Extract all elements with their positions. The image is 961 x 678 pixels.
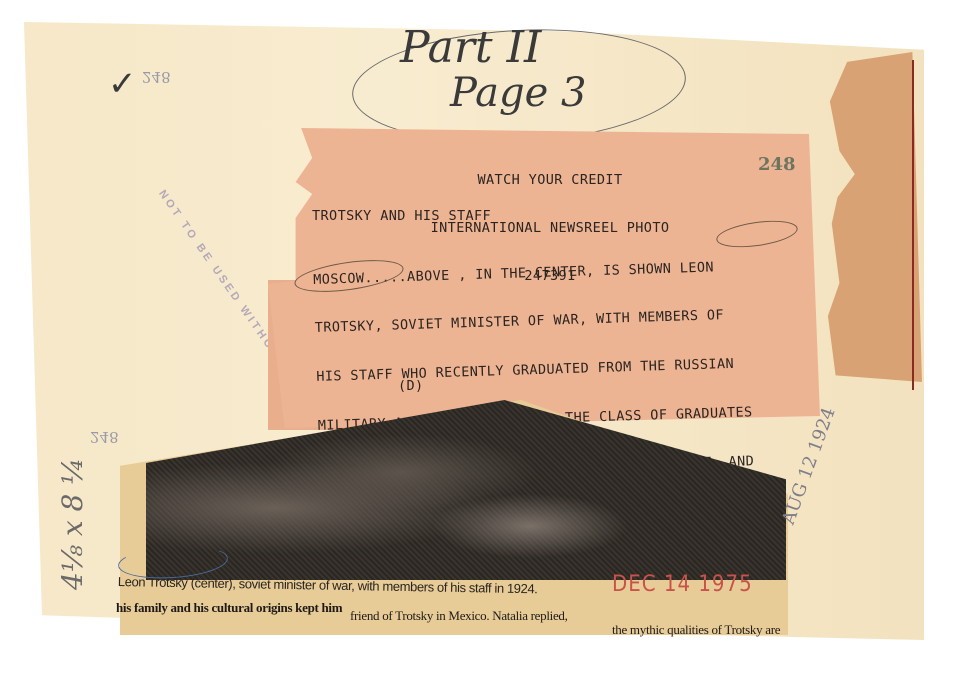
slip-body-line: TROTSKY, SOVIET MINISTER OF WAR, WITH ME… (315, 307, 750, 337)
slip-headline: TROTSKY AND HIS STAFF (312, 208, 491, 224)
torn-paper-tab (826, 52, 922, 382)
slip-code: (D) (398, 378, 424, 394)
edge-line (912, 60, 914, 390)
mirrored-stamp-248-top: 248 (142, 68, 171, 86)
handwritten-part: Part II (400, 22, 541, 73)
credit-line-1: WATCH YOUR CREDIT (400, 172, 700, 188)
checkmark-mark: ✓ (108, 64, 137, 104)
handwritten-dimensions: 4⅛ x 8 ¼ (56, 458, 89, 590)
news-column-2: friend of Trotsky in Mexico. Natalia rep… (350, 608, 568, 624)
handwritten-page: Page 3 (450, 70, 586, 116)
news-column-3: the mythic qualities of Trotsky are (612, 622, 780, 638)
slip-body-line: HIS STAFF WHO RECENTLY GRADUATED FROM TH… (316, 356, 751, 386)
news-column-1: his family and his cultural origins kept… (116, 600, 342, 616)
received-date-stamp: DEC 14 1975 (612, 572, 753, 597)
slip-number: 248 (758, 154, 796, 175)
mirrored-stamp-248-side: 248 (90, 428, 119, 446)
